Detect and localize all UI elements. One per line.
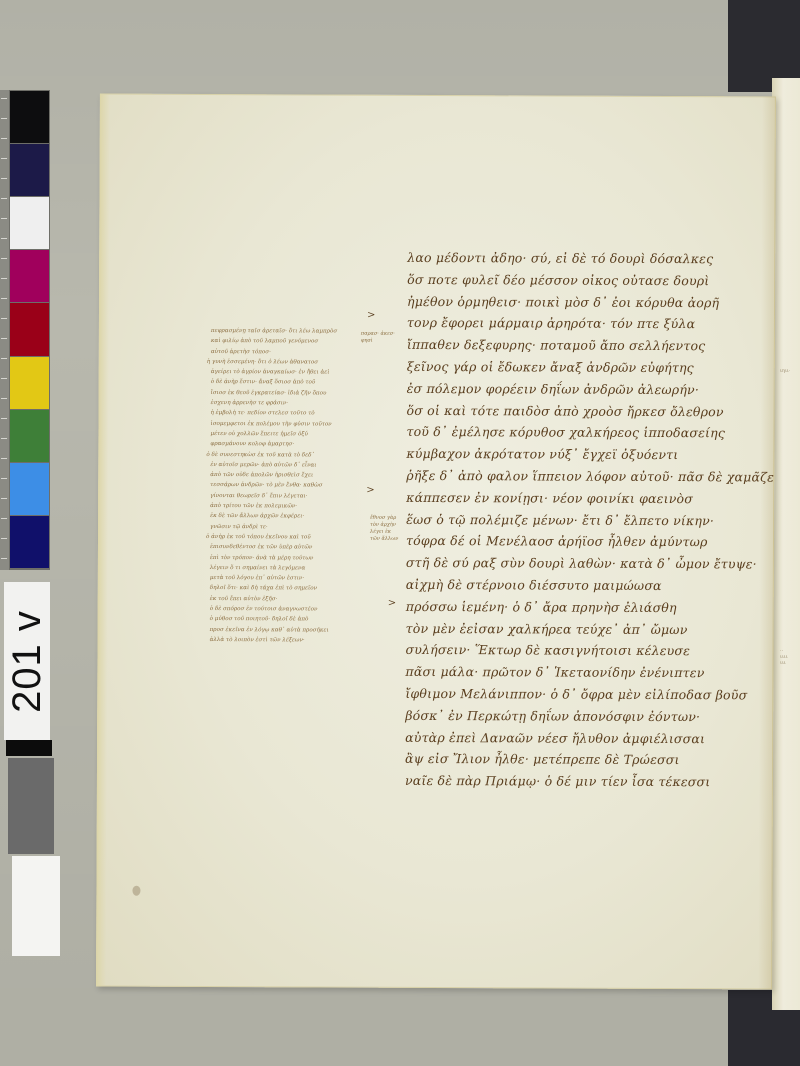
scholia-line: καὶ φιλίῳ ἀπὸ τοῦ λαμποῦ γενόμενοσ xyxy=(207,336,372,347)
scholia-line: ὁ δὲ συνεστηκὼσ ἐκ τοῦ κατὰ τὸ δεδ᾽ xyxy=(206,450,371,461)
scholia-line: ὁ δὲ ἀνὴρ ἔστιν· ἄναξ ὅσιοσ ἀπὸ τοῦ xyxy=(207,377,372,388)
text-line: ἴφθιμον Μελάνιππον· ὁ δ᾽ ὄφρα μὲν εἰλίπο… xyxy=(405,683,765,706)
ruler xyxy=(0,90,9,570)
color-patch-light-blue xyxy=(10,463,49,515)
text-line: ἠμέθον ὁρμηθεισ· ποικὶ μὸσ δ᾽ ἐοι κόρυθα… xyxy=(407,290,767,313)
ruler-tick xyxy=(1,358,7,359)
text-line: βόσκ᾽ ἐν Περκώτῃ δηΐων ἀπονόσφιν ἐόντων· xyxy=(405,705,765,728)
scholia-line: ἀγείρει τὸ ἀγρίον ἀναγκαίωσ· ἐν ἤθει ἀεὶ xyxy=(207,367,372,378)
scholia-line: ἐπισυνδεθέντοσ ἐκ τῶν ὑπὲρ αὐτῶν xyxy=(206,542,371,553)
ruler-tick xyxy=(1,198,7,199)
ruler-tick xyxy=(1,218,7,219)
scholia-line: ἀπὸ τρίτου τῶν ἐκ πολεμικῶν· xyxy=(206,501,371,512)
text-line: πρόσσω ἱεμένη· ὁ δ᾽ ἄρα πρηνὴσ ἐλιάσθη xyxy=(406,596,766,619)
text-line: συλήσειν· Ἕκτωρ δὲ κασιγνήτοισι κέλευσε xyxy=(405,639,765,662)
scholia-line: ἀλλὰ τὸ λοιπὸν ἐστὶ τῶν λέξεων· xyxy=(206,635,371,646)
text-line: ὅσ ποτε φυλεῖ δέο μέσσον οἰκος οὐτασε δο… xyxy=(407,269,767,292)
ruler-tick xyxy=(1,518,7,519)
ruler-tick xyxy=(1,398,7,399)
color-patch-black xyxy=(10,91,49,143)
ruler-tick xyxy=(1,158,7,159)
main-text-column: λαο μέδοντι ἀδηο· σύ, εἰ δὲ τό δουρὶ δόσ… xyxy=(405,247,767,793)
color-patch-dark-blue xyxy=(10,144,49,196)
scholia-line: γνῶσιν τῷ ἀνδρὶ τε· xyxy=(206,522,371,533)
scholia-line: ὁ μύθοσ τοῦ ποιητοῦ· δηλοῖ δὲ ἀπὸ xyxy=(206,614,371,625)
scholia-line: γίνονται θεωρεῖσ δ᾽ ἔπιν λέγεται· xyxy=(206,491,371,502)
scholia-line: ἐπὶ τὸν τρόπον· ἀνὰ τὰ μέρη τούτων xyxy=(206,553,371,564)
scholia-line: ἐν αὐτοῖσ μερῶν· ἀπὸ αὐτῶν δ᾽ εἶναι xyxy=(206,460,371,471)
line-marker: > xyxy=(366,485,374,496)
text-line: ξεῖνος γάρ οἱ ἔδωκεν ἄναξ ἀνδρῶν εὐφήτης xyxy=(407,356,767,379)
ruler-tick xyxy=(1,318,7,319)
folio-grey-patch xyxy=(8,758,54,854)
ruler-tick xyxy=(1,458,7,459)
scholia-line: αὐτοῦ ἀρετὴσ τόποσ· xyxy=(207,347,372,358)
text-line: ἴππαθεν δεξεφυρης· ποταμοῦ ἄπο σελλήεντο… xyxy=(407,334,767,357)
text-line: τοῦ δ᾽ ἐμέλησε κόρυθοσ χαλκήρεος ἱπποδασ… xyxy=(406,421,766,444)
text-line: πᾶσι μάλα· πρῶτον δ᾽ Ἱκεταονίδην ἐνένιπτ… xyxy=(405,661,765,684)
scholia-line: λέγειν ὅ τι σημαίνει τὰ λεγόμενα xyxy=(206,563,371,574)
adjacent-page-note: ιηιι· xyxy=(780,368,790,374)
text-line: στῆ δὲ σύ ραξ σὺν δουρὶ λαθὼν· κατὰ δ᾽ ὦ… xyxy=(406,552,766,575)
ruler-tick xyxy=(1,558,7,559)
ruler-tick xyxy=(1,418,7,419)
text-line: ἕωσ ὁ τῷ πολέμιζε μένων· ἔτι δ᾽ ἔλπετο ν… xyxy=(406,508,766,531)
scholia-line: ἐσχενη ἀρρενὴσ τε φράσιν· xyxy=(207,398,372,409)
text-line: αἰχμὴ δὲ στέρνοιο διέσσυτο μαιμώωσα xyxy=(406,574,766,597)
text-line: τονρ ἔφορει μάρμαιρ ἀρηρότα· τόν πτε ξύλ… xyxy=(407,312,767,335)
scholia-line: ἴσιοσ ἐκ θεοῦ ἐγκρατείασ· ἰδιὰ ζῆν ὅπου xyxy=(207,388,372,399)
ruler-tick xyxy=(1,278,7,279)
color-patch-white xyxy=(10,197,49,249)
ruler-tick xyxy=(1,498,7,499)
ruler-tick xyxy=(1,138,7,139)
ruler-tick xyxy=(1,538,7,539)
text-line: λαο μέδοντι ἀδηο· σύ, εἰ δὲ τό δουρὶ δόσ… xyxy=(407,247,767,270)
scholia-line: ὁ ἀνὴρ ἐκ τοῦ τόπου ἐκεῖνου καὶ τοῦ xyxy=(206,532,371,543)
stain xyxy=(132,886,140,896)
ruler-tick xyxy=(1,298,7,299)
scholia-line: ὁ δὲ σπόροσ ἐν τούτοισ ἀναγνωστέον xyxy=(206,604,371,615)
scholia-line: ἰσομεμφετοι ἐκ πολέμου τὴν φύσιν τοῦτον xyxy=(206,419,371,430)
margin-note-upper: παρασ· ἀκεσ· φησὶ xyxy=(361,331,395,345)
scholia-line: μετὰ τοῦ λόγου ἐπ᾽ αὐτῶν ἐστιν· xyxy=(206,573,371,584)
scholia-line: δηλοῖ ὅτι· καὶ δὴ τάχα ἐπὶ τὸ σημεῖον xyxy=(206,583,371,594)
scholia-line: ἐκ τοῦ ἔπει αὐτὸν ἐξῆσ· xyxy=(206,594,371,605)
ruler-tick xyxy=(1,118,7,119)
text-line: κάππεσεν ἐν κονίῃσι· νέον φοινίκι φαεινὸ… xyxy=(406,487,766,510)
text-line: ὅσ οἱ καὶ τότε παιδὸσ ἀπὸ χροὸσ ἤρκεσ ὄλ… xyxy=(407,399,767,422)
ruler-tick xyxy=(1,98,7,99)
text-line: ἐσ πόλεμον φορέειν δηΐων ἀνδρῶν ἀλεωρήν· xyxy=(407,378,767,401)
folio-white-patch xyxy=(12,856,60,956)
scholia-line: ἀπὸ τῶν οὐδε ἀπολῶν ἠρισθεὶσ ἔχει xyxy=(206,470,371,481)
scholia-line: μέτεν οὐ χολλῶν ἔπειτε ἡμεῖσ ὀξύ xyxy=(206,429,371,440)
adjacent-page: ιηιι· ··ιιιιιιι xyxy=(772,78,800,1010)
text-line: ῥῆξε δ᾽ ἀπὸ φαλον ἵππειον λόφον αὐτοῦ· π… xyxy=(406,465,766,488)
ruler-tick xyxy=(1,438,7,439)
folio-number: 201 v xyxy=(5,610,50,713)
adjacent-page-note: ··ιιιιιιι xyxy=(780,648,788,666)
scholia-line: ἡ ἐμβολὴ τε· πεδίον στελεσ τοῦτο τὸ xyxy=(207,408,372,419)
text-line: τόφρα δέ οἱ Μενέλαοσ ἀρήϊοσ ἦλθεν ἀμύντω… xyxy=(406,530,766,553)
text-line: αὐτὰρ ἐπεὶ Δαναῶν νέεσ ἤλυθον ἀμφιέλισσα… xyxy=(405,726,765,749)
folio-label: 201 v xyxy=(4,582,50,740)
color-patch-yellow xyxy=(10,357,49,409)
color-patch-navy xyxy=(10,516,49,568)
line-marker: > xyxy=(388,598,396,609)
color-patch-green xyxy=(10,410,49,462)
text-line: κύμβαχον ἀκρότατον νύξ᾽ ἔγχεϊ ὀξυόεντι xyxy=(406,443,766,466)
ruler-tick xyxy=(1,238,7,239)
color-patch-magenta xyxy=(10,250,49,302)
ruler-tick xyxy=(1,478,7,479)
ruler-tick xyxy=(1,378,7,379)
scholia-line: ἡ γυνὴ ἑσσεμένη· ὅτι ὁ λέων ἀθανατοσ xyxy=(207,357,372,368)
text-line: τὸν μὲν ἐεἰσαν χαλκήρεα τεύχε᾽ ἀπ᾽ ὤμων xyxy=(406,617,766,640)
scholia-line: πεφρασμένῃ ταῖσ ἀρεταῖσ· ὅτι λέω λαμπρὸσ xyxy=(207,326,372,337)
ruler-tick xyxy=(1,178,7,179)
scholia-line: τεσσάρων ἀνδρῶν· τὸ μὲν ἔνθα· καθὼσ xyxy=(206,480,371,491)
margin-note-lower: ἔθνοσ γὰρ τὸν ἀρχὴν λέγει ἐκ τῶν ἄλλων xyxy=(370,515,400,543)
marginal-scholia: πεφρασμένῃ ταῖσ ἀρεταῖσ· ὅτι λέω λαμπρὸσ… xyxy=(206,326,372,646)
line-marker: > xyxy=(367,310,375,321)
color-calibration-target xyxy=(0,90,50,570)
scholia-line: φρασμάνουν κολοφ ἀμαρτησ· xyxy=(206,439,371,450)
scholia-line: ἐκ δὲ τῶν ἄλλων ἀρχῶν ἐκφέρει· xyxy=(206,511,371,522)
text-line: ἂψ εἰσ Ἴλιον ἦλθε· μετέπρεπε δὲ Τρώεσσι xyxy=(405,748,765,771)
text-line: ναῖε δὲ πὰρ Πριάμῳ· ὁ δέ μιν τίεν ἶσα τέ… xyxy=(405,770,765,793)
manuscript-page: πεφρασμένῃ ταῖσ ἀρεταῖσ· ὅτι λέω λαμπρὸσ… xyxy=(96,94,776,990)
ruler-tick xyxy=(1,338,7,339)
ruler-tick xyxy=(1,258,7,259)
folio-black-patch xyxy=(6,740,52,756)
color-patch-red xyxy=(10,303,49,355)
scholia-line: προσ ἐκεῖνα ἐν λόγῳ καθ᾽ αὐτὰ προσήκει xyxy=(206,625,371,636)
